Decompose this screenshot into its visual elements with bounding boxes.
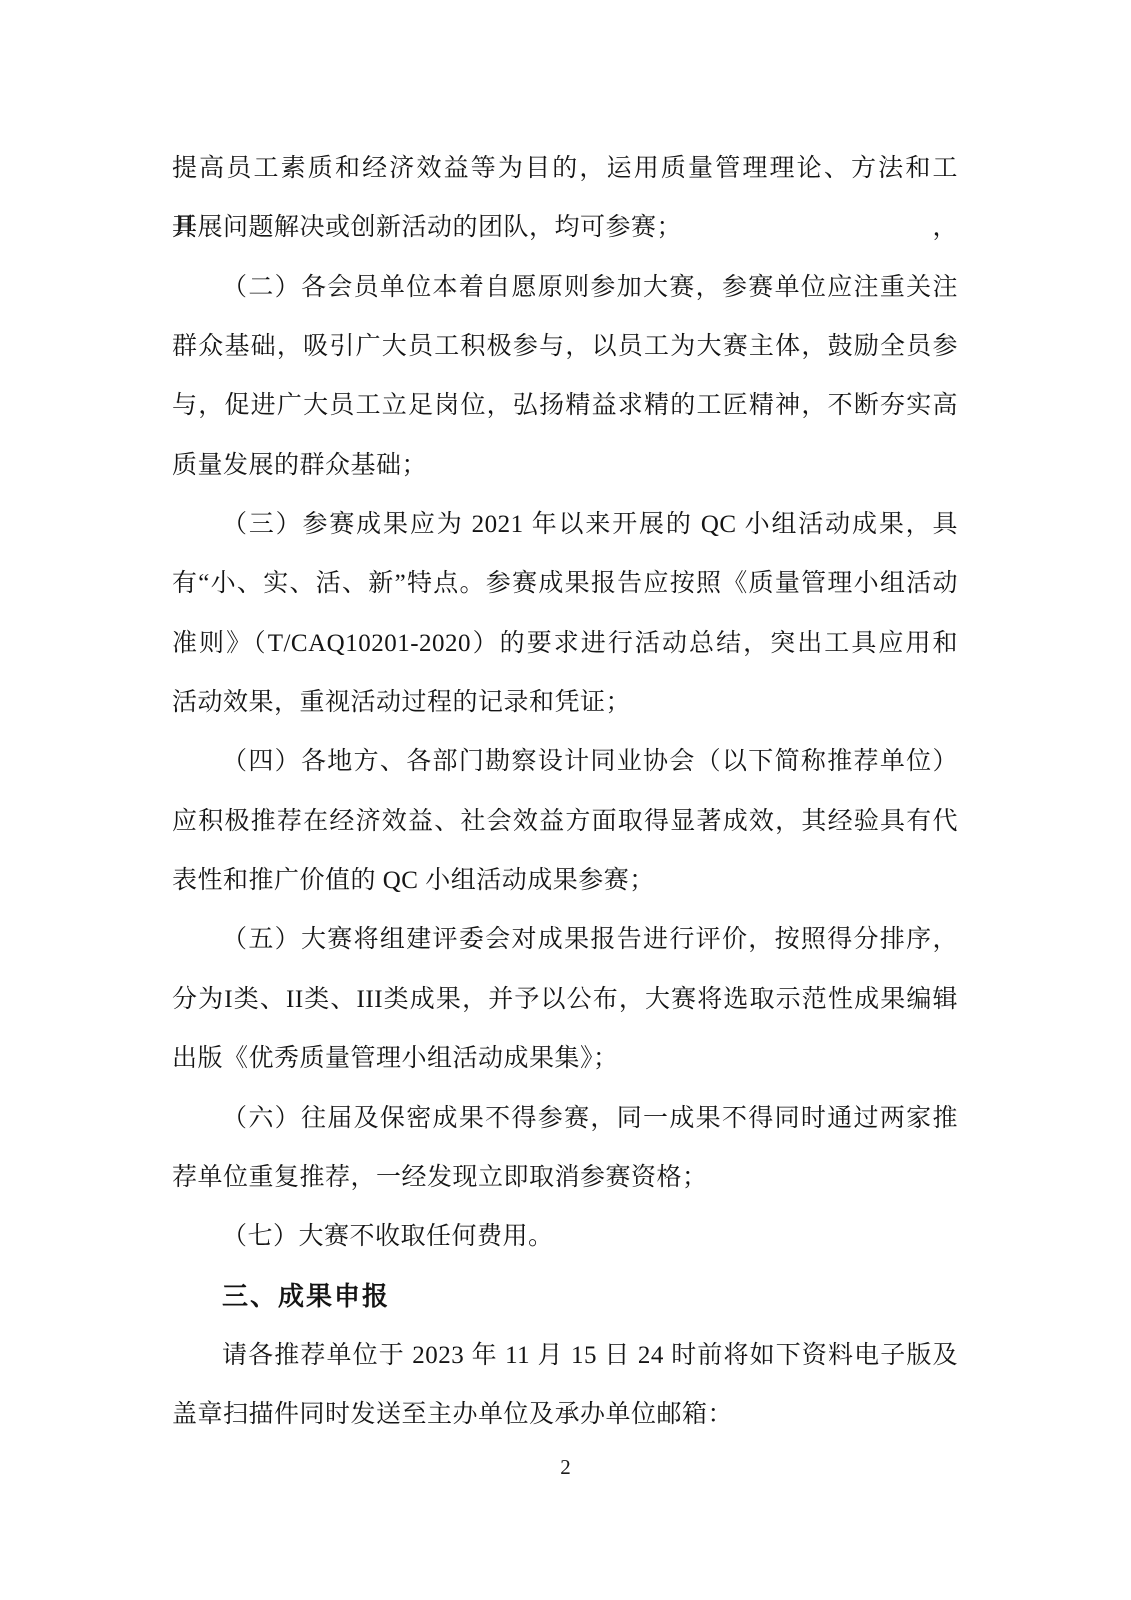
text-line: 有“小、实、活、新”特点。参赛成果报告应按照《质量管理小组活动 [172,554,958,613]
text-line-item-7: （七）大赛不收取任何费用。 [172,1207,958,1266]
text-line: 荐单位重复推荐，一经发现立即取消参赛资格； [172,1148,958,1207]
text-line: 提高员工素质和经济效益等为目的，运用质量管理理论、方法和工具， [172,139,958,198]
text-line: 质量发展的群众基础； [172,436,958,495]
text-line: 请各推荐单位于 2023 年 11 月 15 日 24 时前将如下资料电子版及 [172,1326,958,1385]
text-line: 盖章扫描件同时发送至主办单位及承办单位邮箱： [172,1385,958,1444]
text-line: 出版《优秀质量管理小组活动成果集》； [172,1029,958,1088]
text-line: 与，促进广大员工立足岗位，弘扬精益求精的工匠精神，不断夯实高 [172,376,958,435]
text-line-item-3: （三）参赛成果应为 2021 年以来开展的 QC 小组活动成果，具 [172,495,958,554]
text-line: 活动效果，重视活动过程的记录和凭证； [172,673,958,732]
document-text-block: 提高员工素质和经济效益等为目的，运用质量管理理论、方法和工具， 开展问题解决或创… [172,139,958,1445]
text-line: 群众基础，吸引广大员工积极参与，以员工为大赛主体，鼓励全员参 [172,317,958,376]
text-line: 准则》（T/CAQ10201-2020）的要求进行活动总结，突出工具应用和 [172,614,958,673]
text-line-item-6: （六）往届及保密成果不得参赛，同一成果不得同时通过两家推 [172,1089,958,1148]
text-line-item-4: （四）各地方、各部门勘察设计同业协会（以下简称推荐单位） [172,732,958,791]
text-line-item-5: （五）大赛将组建评委会对成果报告进行评价，按照得分排序， [172,910,958,969]
text-line-item-2: （二）各会员单位本着自愿原则参加大赛，参赛单位应注重关注 [172,258,958,317]
text-line: 表性和推广价值的 QC 小组活动成果参赛； [172,851,958,910]
page-number: 2 [0,1452,1131,1482]
text-line: 分为I类、II类、III类成果，并予以公布，大赛将选取示范性成果编辑 [172,970,958,1029]
text-line: 应积极推荐在经济效益、社会效益方面取得显著成效，其经验具有代 [172,792,958,851]
section-heading: 三、成果申报 [172,1267,958,1326]
